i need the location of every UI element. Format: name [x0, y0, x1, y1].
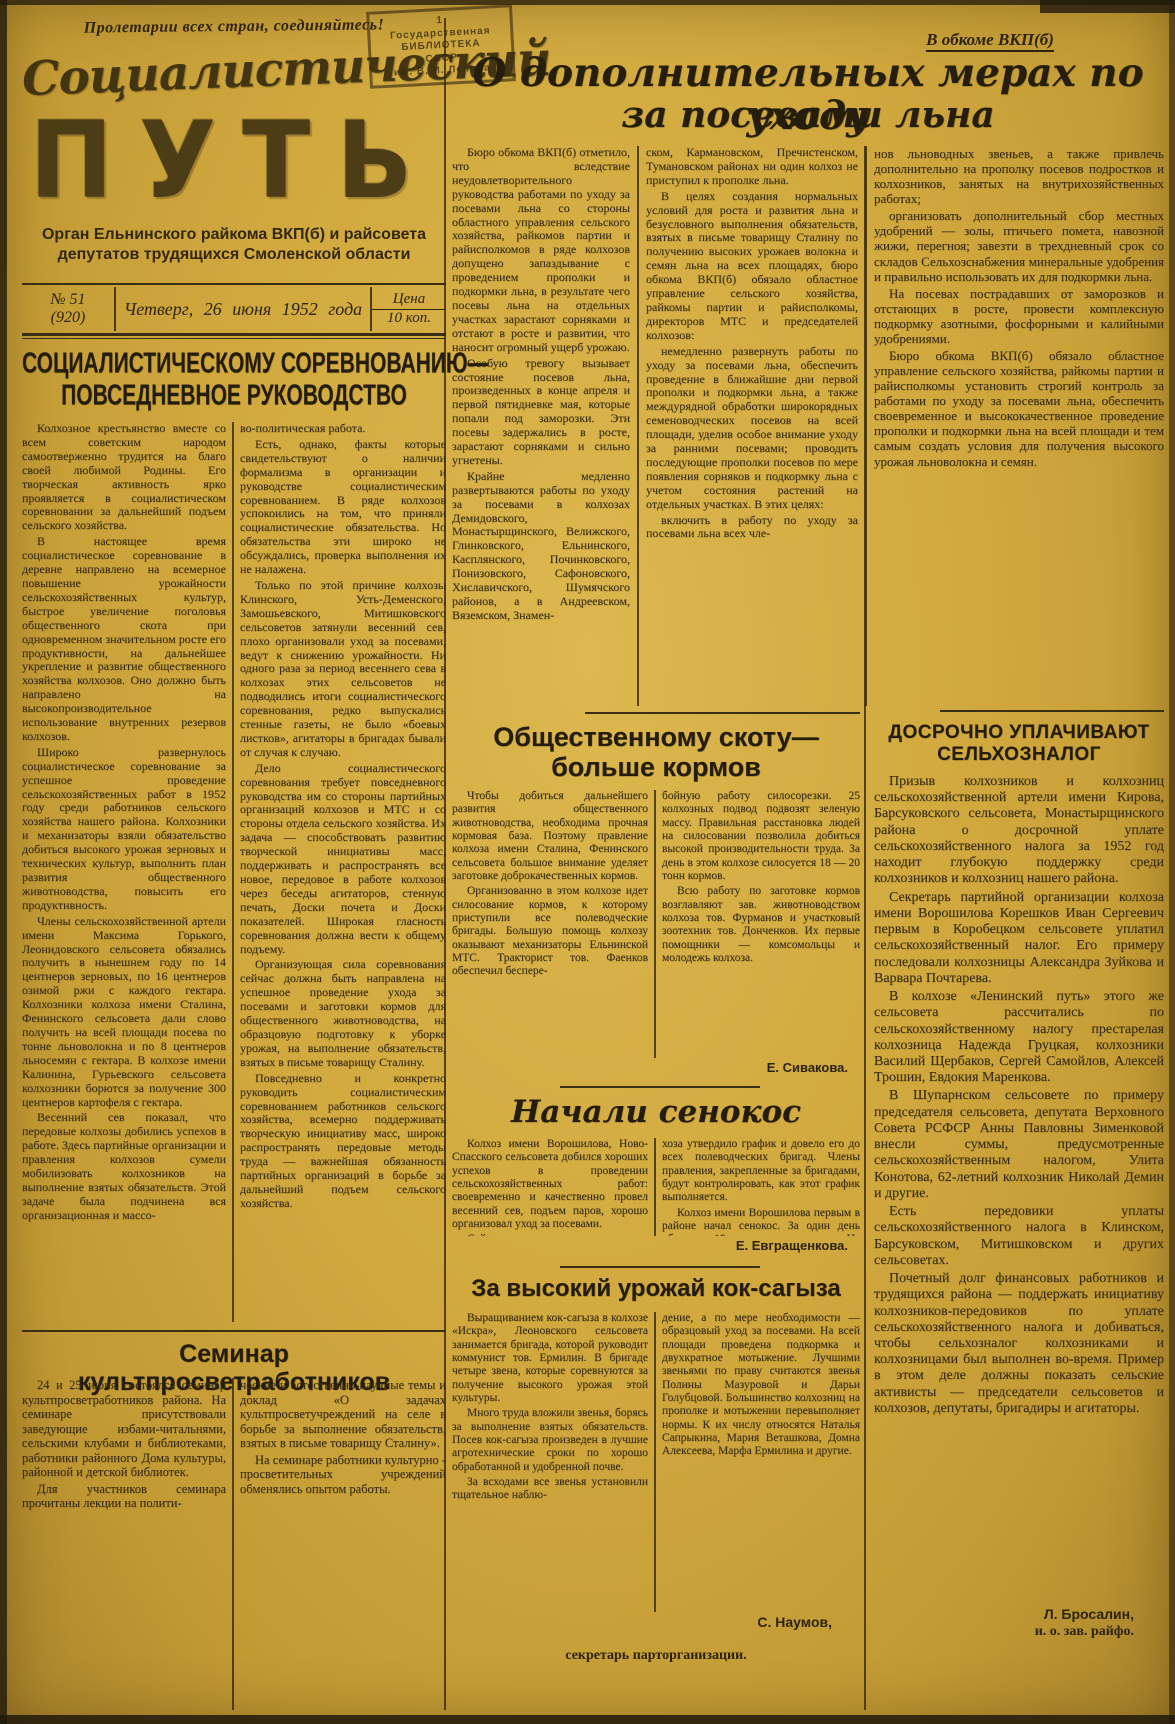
- paragraph: Только по этой причине колхозы Клинского…: [240, 579, 446, 760]
- paragraph: Призыв колхозников и колхозниц сельскохо…: [874, 774, 1164, 888]
- koksagyz-signature-name: С. Наумов,: [452, 1614, 832, 1630]
- haymaking-column-2: хоза утвердило график и довело его до вс…: [662, 1138, 860, 1236]
- paragraph: В целях создания нормальных условий для …: [646, 190, 858, 343]
- paragraph: организовать дополнительный сбор местных…: [874, 208, 1164, 283]
- paragraph: Бюро обкома ВКП(б) обязало областное упр…: [874, 348, 1164, 469]
- lead-column-2: во-политическая работа.Есть, однако, фак…: [240, 422, 446, 1322]
- paragraph: Повседневно и конкретно руководить социа…: [240, 1072, 446, 1211]
- lead-column-1: Колхозное крестьянство вместе со всем со…: [22, 422, 226, 1322]
- fodder-article: Чтобы добиться дальнейшего развития обще…: [452, 790, 860, 1058]
- paragraph: Сейчас здесь началась заготовка кормов д…: [452, 1233, 648, 1236]
- flax-column-2: ском, Кармановском, Пречистенском, Туман…: [646, 146, 858, 706]
- paragraph: На посевах пострадавших от заморозков и …: [874, 286, 1164, 346]
- koksagyz-headline: За высокий урожай кок-сагыза: [452, 1276, 860, 1303]
- paragraph: ческие и естественно-научные темы и докл…: [240, 1378, 446, 1451]
- tax-column: Призыв колхозников и колхозниц сельскохо…: [874, 774, 1164, 1602]
- tax-headline-line1: ДОСРОЧНО УПЛАЧИВАЮТ: [874, 722, 1164, 743]
- paragraph: Есть передовики уплаты сельскохозяйствен…: [874, 1204, 1164, 1269]
- paragraph: Организованно в этом колхозе идет силосо…: [452, 885, 648, 978]
- price-value: 10 коп.: [372, 310, 446, 327]
- fodder-column-2: бойную работу силосорезки. 25 колхозных …: [662, 790, 860, 1058]
- issue-number: № 51: [22, 291, 114, 309]
- fodder-headline-line1: Общественному скоту—: [452, 722, 860, 752]
- paragraph: Чтобы добиться дальнейшего развития обще…: [452, 790, 648, 883]
- fodder-headline-line2: больше кормов: [452, 752, 860, 782]
- paragraph: Крайне медленно развертываются работы по…: [452, 470, 630, 623]
- paragraph: Всю работу по заготовке кормов возглавля…: [662, 885, 860, 965]
- paragraph: Выращиванием кок-сагыза в колхозе «Искра…: [452, 1312, 648, 1405]
- paragraph: Колхоз имени Ворошилова первым в районе …: [662, 1207, 860, 1236]
- column-rule-right: [864, 146, 866, 1710]
- paragraph: Секретарь партийной организации колхоза …: [874, 890, 1164, 987]
- paragraph: Бюро обкома ВКП(б) отметило, что вследст…: [452, 146, 630, 355]
- scan-edge-top: [0, 0, 1175, 5]
- haymaking-headline: Начали сенокос: [452, 1094, 860, 1130]
- paragraph: В колхозе «Ленинский путь» этого же сель…: [874, 989, 1164, 1086]
- tax-headline-line2: СЕЛЬХОЗНАЛОГ: [874, 744, 1164, 765]
- paragraph: Почетный долг финансовых работников и тр…: [874, 1271, 1164, 1417]
- paragraph: бойную работу силосорезки. 25 колхозных …: [662, 790, 860, 883]
- paragraph: Колхозное крестьянство вместе со всем со…: [22, 422, 226, 533]
- paragraph: нов льноводных звеньев, а также привлечь…: [874, 146, 1164, 206]
- flax-column-3: нов льноводных звеньев, а также привлечь…: [874, 146, 1164, 706]
- fodder-signature: Е. Сивакова.: [452, 1060, 848, 1075]
- scan-edge-right: [1169, 0, 1175, 1724]
- seminar-column-1: 24 и 25 июня состоялся семинар культпрос…: [22, 1378, 226, 1710]
- paragraph: На семинаре работники культурно - просве…: [240, 1453, 446, 1497]
- paragraph: включить в работу по уходу за посевами л…: [646, 514, 858, 542]
- paragraph: Члены сельскохозяйственной артели имени …: [22, 915, 226, 1110]
- paragraph: дение, а по мере необходимости — образцо…: [662, 1312, 860, 1459]
- haymaking-article: Колхоз имени Ворошилова, Ново-Спасского …: [452, 1138, 860, 1236]
- haymaking-signature: Е. Евгращенкова.: [452, 1238, 848, 1253]
- issue-date: Четверг, 26 июня 1952 года: [116, 287, 370, 331]
- paragraph: Для участников семинара прочитаны лекции…: [22, 1482, 226, 1511]
- lead-headline-line2: ПОВСЕДНЕВНОЕ РУКОВОДСТВО: [22, 380, 446, 412]
- flax-kicker-wrap: В обкоме ВКП(б): [820, 30, 1160, 50]
- fodder-column-1: Чтобы добиться дальнейшего развития обще…: [452, 790, 648, 1058]
- paragraph: В настоящее время социалистическое сорев…: [22, 535, 226, 744]
- flax-article: Бюро обкома ВКП(б) отметило, что вследст…: [452, 146, 1164, 706]
- flax-kicker: В обкоме ВКП(б): [926, 30, 1054, 52]
- seminar-article: 24 и 25 июня состоялся семинар культпрос…: [22, 1378, 446, 1710]
- seminar-column-2: ческие и естественно-научные темы и докл…: [240, 1378, 446, 1710]
- organ-line1: Орган Ельнинского райкома ВКП(б) и райсо…: [22, 225, 446, 245]
- masthead-title-main: ПУТЬ: [22, 108, 446, 214]
- paragraph: хоза утвердило график и довело его до вс…: [662, 1138, 860, 1205]
- paragraph: Есть, однако, факты которые свидетельств…: [240, 438, 446, 577]
- koksagyz-column-2: дение, а по мере необходимости — образцо…: [662, 1312, 860, 1612]
- paragraph: Колхоз имени Ворошилова, Ново-Спасского …: [452, 1138, 648, 1231]
- paragraph: Весенний сев показал, что передовые колх…: [22, 1111, 226, 1222]
- paragraph: ском, Кармановском, Пречистенском, Туман…: [646, 146, 858, 188]
- haymaking-column-1: Колхоз имени Ворошилова, Ново-Спасского …: [452, 1138, 648, 1236]
- lead-headline-line1: СОЦИАЛИСТИЧЕСКОМУ СОРЕВНОВАНИЮ—: [22, 348, 446, 380]
- issue-number-secondary: (920): [22, 309, 114, 327]
- paragraph: во-политическая работа.: [240, 422, 446, 436]
- tax-signature-name: Л. Бросалин,: [874, 1606, 1134, 1622]
- paragraph: Много труда вложили звенья, борясь за вы…: [452, 1407, 648, 1474]
- lead-article: Колхозное крестьянство вместе со всем со…: [22, 422, 446, 1322]
- paragraph: За всходами все звенья установили тщател…: [452, 1476, 648, 1503]
- tax-signature-title: и. о. зав. райфо.: [874, 1624, 1134, 1640]
- organ-line2: депутатов трудящихся Смоленской области: [22, 245, 446, 265]
- flax-headline-line2: за посевами льна: [452, 96, 1164, 136]
- flax-column-1: Бюро обкома ВКП(б) отметило, что вследст…: [452, 146, 630, 706]
- price-label: Цена: [372, 291, 446, 310]
- paragraph: немедленно развернуть работы по уходу за…: [646, 345, 858, 512]
- scan-edge-bottom: [0, 1715, 1175, 1724]
- koksagyz-signature-title: секретарь парторганизации.: [452, 1648, 860, 1664]
- koksagyz-column-1: Выращиванием кок-сагыза в колхозе «Искра…: [452, 1312, 648, 1612]
- paragraph: Широко развернулось социалистическое сор…: [22, 746, 226, 913]
- scan-edge-left: [0, 0, 7, 1724]
- newspaper-page: Пролетарии всех стран, соединяйтесь! Соц…: [0, 0, 1175, 1724]
- paragraph: В Шупарнском сельсовете по примеру предс…: [874, 1088, 1164, 1202]
- paragraph: 24 и 25 июня состоялся семинар культпрос…: [22, 1378, 226, 1480]
- koksagyz-article: Выращиванием кок-сагыза в колхозе «Искра…: [452, 1312, 860, 1612]
- paragraph: Дело социалистического соревнования треб…: [240, 762, 446, 957]
- paragraph: Организующая сила соревнования сейчас до…: [240, 958, 446, 1069]
- issue-info-row: № 51 (920) Четверг, 26 июня 1952 года Це…: [22, 287, 446, 331]
- scan-edge-corner: [1040, 0, 1175, 13]
